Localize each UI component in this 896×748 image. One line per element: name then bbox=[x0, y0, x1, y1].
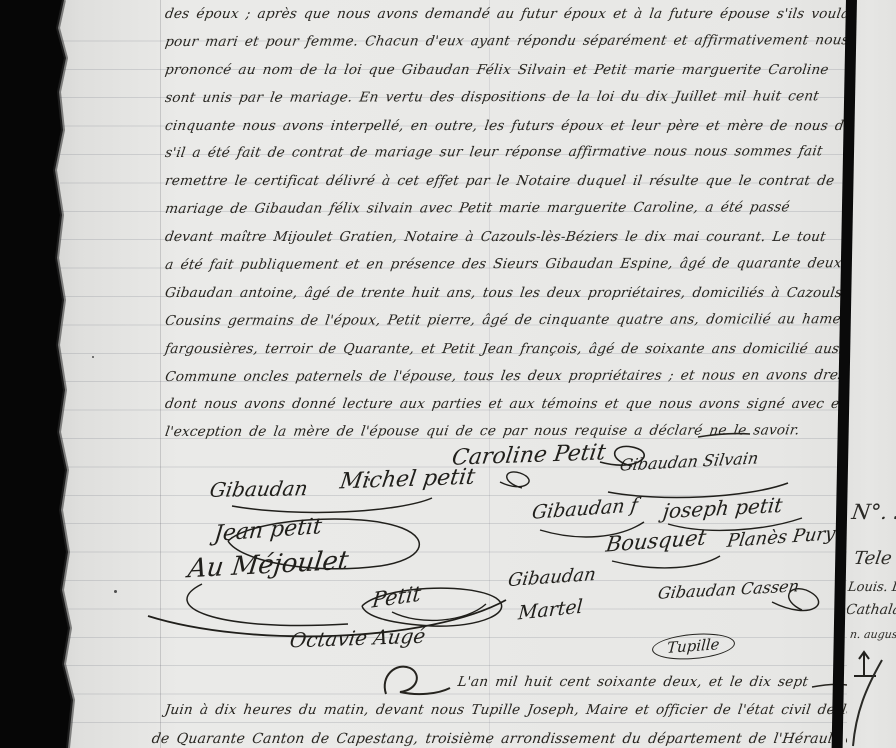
act-text-line: Gibaudan antoine, âgé de trente huit ans… bbox=[163, 280, 847, 308]
paper-crease bbox=[160, 0, 161, 748]
signature: Petit bbox=[371, 581, 422, 612]
closing-text-line: de Quarante Canton de Capestang, troisiè… bbox=[150, 726, 847, 748]
act-text-line: mariage de Gibaudan félix silvain avec P… bbox=[163, 194, 847, 224]
act-text-line: a été fait publiquement et en présence d… bbox=[163, 250, 847, 280]
act-text-line: fargousières, terroir de Quarante, et Pe… bbox=[163, 336, 847, 364]
act-text-line: Commune oncles paternels de l'épouse, to… bbox=[163, 361, 847, 391]
act-text-line: des époux ; après que nous avons demandé… bbox=[163, 1, 847, 29]
act-text-line: cinquante nous avons interpellé, en outr… bbox=[163, 113, 847, 141]
act-text-line: dont nous avons donné lecture aux partie… bbox=[163, 391, 847, 419]
margin-note-line: N°. 9 bbox=[850, 500, 896, 524]
act-text-line: l'exception de la mère de l'épouse qui d… bbox=[163, 417, 847, 447]
signature: Gibaudan bbox=[208, 476, 309, 502]
act-text-line: s'il a été fait de contrat de mariage su… bbox=[163, 138, 847, 168]
ink-speck bbox=[92, 356, 94, 358]
register-scan: N°. 9 Tele Louis. Luc Cathala n. august … bbox=[0, 0, 896, 748]
act-text-line: pour mari et pour femme. Chacun d'eux ay… bbox=[163, 27, 847, 57]
signature: Gibaudan bbox=[507, 564, 598, 591]
signature: joseph petit bbox=[662, 493, 784, 523]
signature: Tupille bbox=[651, 631, 735, 662]
closing-text-line: Juin à dix heures du matin, devant nous … bbox=[163, 697, 847, 723]
act-text-line: sont unis par le mariage. En vertu des d… bbox=[163, 83, 847, 113]
act-text-line: remettre le certificat délivré à cet eff… bbox=[163, 168, 847, 196]
margin-note-line: Tele bbox=[853, 548, 894, 569]
act-text-line: prononcé au nom de la loi que Gibaudan F… bbox=[163, 57, 847, 85]
act-text: des époux ; après que nous avons demandé… bbox=[163, 1, 847, 447]
margin-note-line: Louis. Luc bbox=[847, 580, 896, 595]
margin-note-line: n. august bbox=[849, 628, 896, 641]
signature: Jean petit bbox=[213, 514, 323, 547]
signature: Gibaudan f bbox=[531, 494, 640, 524]
signature: Michel petit bbox=[338, 465, 476, 495]
signature: Gibaudan Silvain bbox=[619, 448, 760, 474]
signature: Au Méjoulet bbox=[186, 546, 350, 585]
signature: Martel bbox=[517, 595, 583, 624]
margin-note-line: Cathala bbox=[845, 602, 896, 618]
signature: Octavie Augé bbox=[288, 624, 427, 653]
register-page: des époux ; après que nous avons demandé… bbox=[0, 0, 847, 748]
signature: Planès Pury bbox=[726, 523, 837, 552]
ink-speck bbox=[114, 590, 117, 593]
closing-text-line: L'an mil huit cent soixante deux, et le … bbox=[456, 669, 810, 695]
act-text-line: devant maître Mijoulet Gratien, Notaire … bbox=[163, 224, 847, 252]
signature: Gibaudan Cassen bbox=[657, 576, 801, 603]
signature: Bousquet bbox=[604, 525, 707, 556]
act-text-line: Cousins germains de l'époux, Petit pierr… bbox=[163, 306, 847, 336]
